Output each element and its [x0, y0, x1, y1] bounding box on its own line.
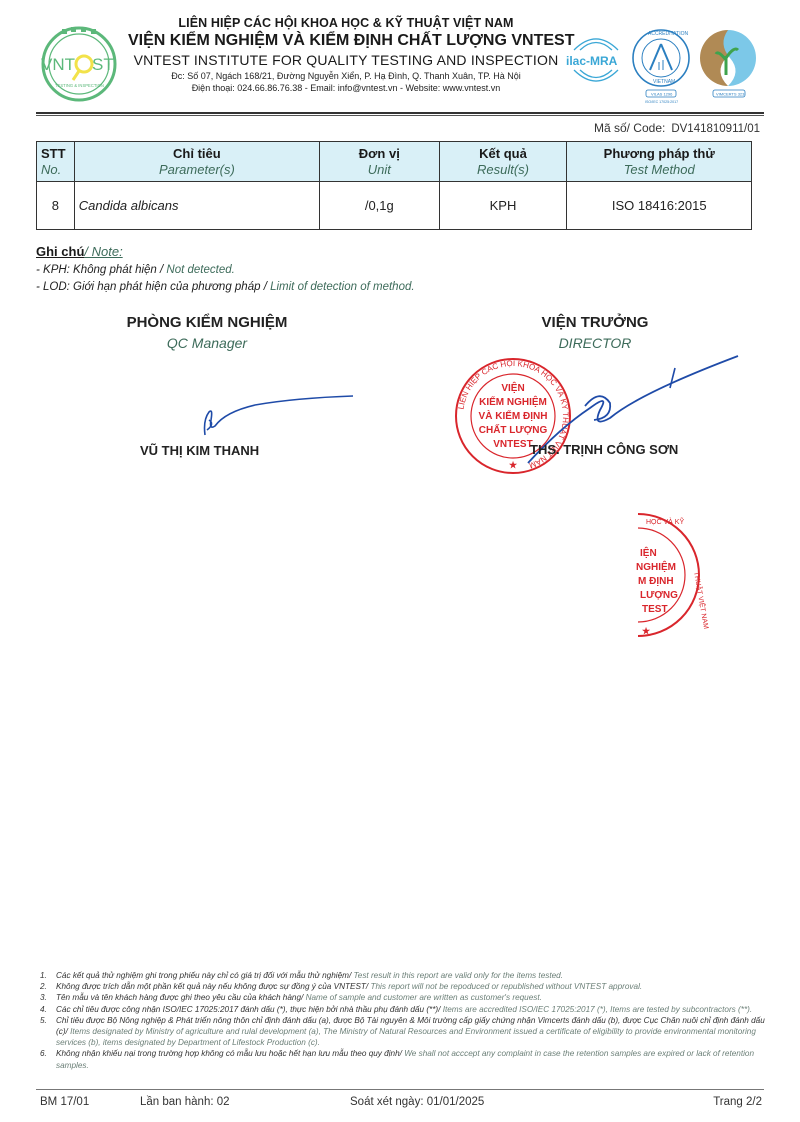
column-header-unit: Đơn vịUnit	[320, 142, 440, 182]
table-row: 8 Candida albicans /0,1g KPH ISO 18416:2…	[37, 182, 752, 230]
contact-info: Điện thoại: 024.66.86.76.38 - Email: inf…	[128, 83, 564, 93]
svg-text:VIETNAM: VIETNAM	[653, 79, 675, 85]
disclaimer-item: 5.Chỉ tiêu được Bộ Nông nghiệp & Phát tr…	[40, 1015, 770, 1049]
notes-title: Ghi chú/ Note:	[36, 244, 415, 259]
letterhead: VNT ST TESTING & INSPECTION LIÊN HIỆP CÁ…	[0, 0, 800, 112]
cell-result: KPH	[439, 182, 567, 230]
report-code-value: DV141810911/01	[671, 123, 760, 135]
disclaimer-item: 1.Các kết quả thử nghiệm ghi trong phiếu…	[40, 970, 770, 981]
svg-text:ST: ST	[92, 55, 114, 74]
disclaimer-item: 4.Các chỉ tiêu được công nhận ISO/IEC 17…	[40, 1004, 770, 1015]
cell-no: 8	[37, 182, 75, 230]
disclaimer-item: 6.Không nhận khiếu nại trong trường hợp …	[40, 1048, 770, 1070]
svg-text:ilac-MRA: ilac-MRA	[566, 54, 618, 68]
disclaimer-item: 3.Tên mẫu và tên khách hàng được ghi the…	[40, 992, 770, 1003]
header-divider	[36, 112, 764, 116]
results-table: STTNo. Chỉ tiêuParameter(s) Đơn vịUnit K…	[36, 141, 752, 230]
footer-divider	[36, 1089, 764, 1090]
signatory-role: QC Manager	[112, 335, 302, 351]
form-number: BM 17/01	[40, 1096, 89, 1108]
svg-text:HỌC VÀ KỸ: HỌC VÀ KỸ	[646, 517, 684, 526]
signatory-title: VIỆN TRƯỞNG	[500, 314, 690, 331]
ilac-mra-logo-icon: ilac-MRA	[566, 39, 618, 81]
svg-text:M ĐỊNH: M ĐỊNH	[638, 576, 674, 587]
cell-method: ISO 18416:2015	[567, 182, 752, 230]
signature-block-director: VIỆN TRƯỞNG DIRECTOR	[500, 314, 690, 351]
svg-text:VILAS 1296: VILAS 1296	[651, 92, 673, 97]
parent-organization: LIÊN HIỆP CÁC HỘI KHOA HỌC & KỸ THUẬT VI…	[128, 16, 564, 30]
issue-number: Lần ban hành: 02	[140, 1096, 230, 1108]
director-name: THS. TRỊNH CÔNG SƠN	[530, 442, 678, 457]
svg-text:TEST: TEST	[642, 604, 668, 615]
svg-text:TESTING & INSPECTION: TESTING & INSPECTION	[55, 83, 104, 88]
report-code: Mã số/ Code:DV141810911/01	[594, 121, 760, 135]
note-kph: - KPH: Không phát hiện / Not detected.	[36, 264, 415, 276]
svg-text:ISO/IEC 17025:2017: ISO/IEC 17025:2017	[645, 100, 678, 104]
column-header-parameter: Chỉ tiêuParameter(s)	[74, 142, 319, 182]
disclaimer-item: 2.Không được trích dẫn một phần kết quả …	[40, 981, 770, 992]
svg-text:ACCREDITATION: ACCREDITATION	[648, 31, 688, 37]
cell-unit: /0,1g	[320, 182, 440, 230]
svg-text:NGHIỆM: NGHIỆM	[636, 560, 676, 573]
review-date: Soát xét ngày: 01/01/2025	[350, 1096, 484, 1108]
notes-section: Ghi chú/ Note: - KPH: Không phát hiện / …	[36, 244, 415, 293]
institute-name-vi: VIỆN KIỂM NGHIỆM VÀ KIỂM ĐỊNH CHẤT LƯỢNG…	[128, 32, 564, 50]
column-header-method: Phương pháp thửTest Method	[567, 142, 752, 182]
boa-vietnam-logo-icon: ACCREDITATION VIETNAM VILAS 1296 ISO/IEC…	[633, 30, 689, 104]
test-report-page: VNT ST TESTING & INSPECTION LIÊN HIỆP CÁ…	[0, 0, 800, 1122]
column-header-no: STTNo.	[37, 142, 75, 182]
svg-text:VNT: VNT	[41, 55, 75, 74]
note-lod: - LOD: Giới hạn phát hiện của phương phá…	[36, 281, 415, 293]
svg-text:VIMCERTS 323: VIMCERTS 323	[716, 92, 745, 97]
qc-manager-name: VŨ THỊ KIM THANH	[140, 443, 259, 458]
svg-text:THUẬT VIỆT NAM: THUẬT VIỆT NAM	[692, 571, 711, 630]
signatory-dept: PHÒNG KIỂM NGHIỆM	[112, 314, 302, 331]
svg-text:LƯỢNG: LƯỢNG	[640, 590, 678, 601]
vntest-logo-icon: VNT ST TESTING & INSPECTION	[36, 24, 122, 104]
institute-name-en: VNTEST INSTITUTE FOR QUALITY TESTING AND…	[128, 52, 564, 68]
qc-signature-icon	[195, 390, 355, 440]
report-code-label: Mã số/ Code:	[594, 121, 665, 135]
disclaimer-notes: 1.Các kết quả thử nghiệm ghi trong phiếu…	[40, 970, 770, 1071]
column-header-result: Kết quảResult(s)	[439, 142, 567, 182]
address: Đc: Số 07, Ngách 168/21, Đường Nguyễn Xi…	[128, 71, 564, 81]
organization-block: LIÊN HIỆP CÁC HỘI KHOA HỌC & KỸ THUẬT VI…	[128, 16, 564, 93]
svg-text:IỆN: IỆN	[640, 546, 657, 559]
signature-block-qc: PHÒNG KIỂM NGHIỆM QC Manager	[112, 314, 302, 351]
cell-parameter: Candida albicans	[74, 182, 319, 230]
vimcerts-logo-icon: VIMCERTS 323	[700, 30, 756, 97]
table-header-row: STTNo. Chỉ tiêuParameter(s) Đơn vịUnit K…	[37, 142, 752, 182]
svg-text:★: ★	[642, 626, 651, 636]
page-number: Trang 2/2	[713, 1096, 762, 1108]
partial-seal-stamp-icon: IỆN NGHIỆM M ĐỊNH LƯỢNG TEST ★ HỌC VÀ KỸ…	[636, 510, 716, 640]
accreditation-logos: ilac-MRA ACCREDITATION VIETNAM VILAS 129…	[566, 20, 766, 108]
